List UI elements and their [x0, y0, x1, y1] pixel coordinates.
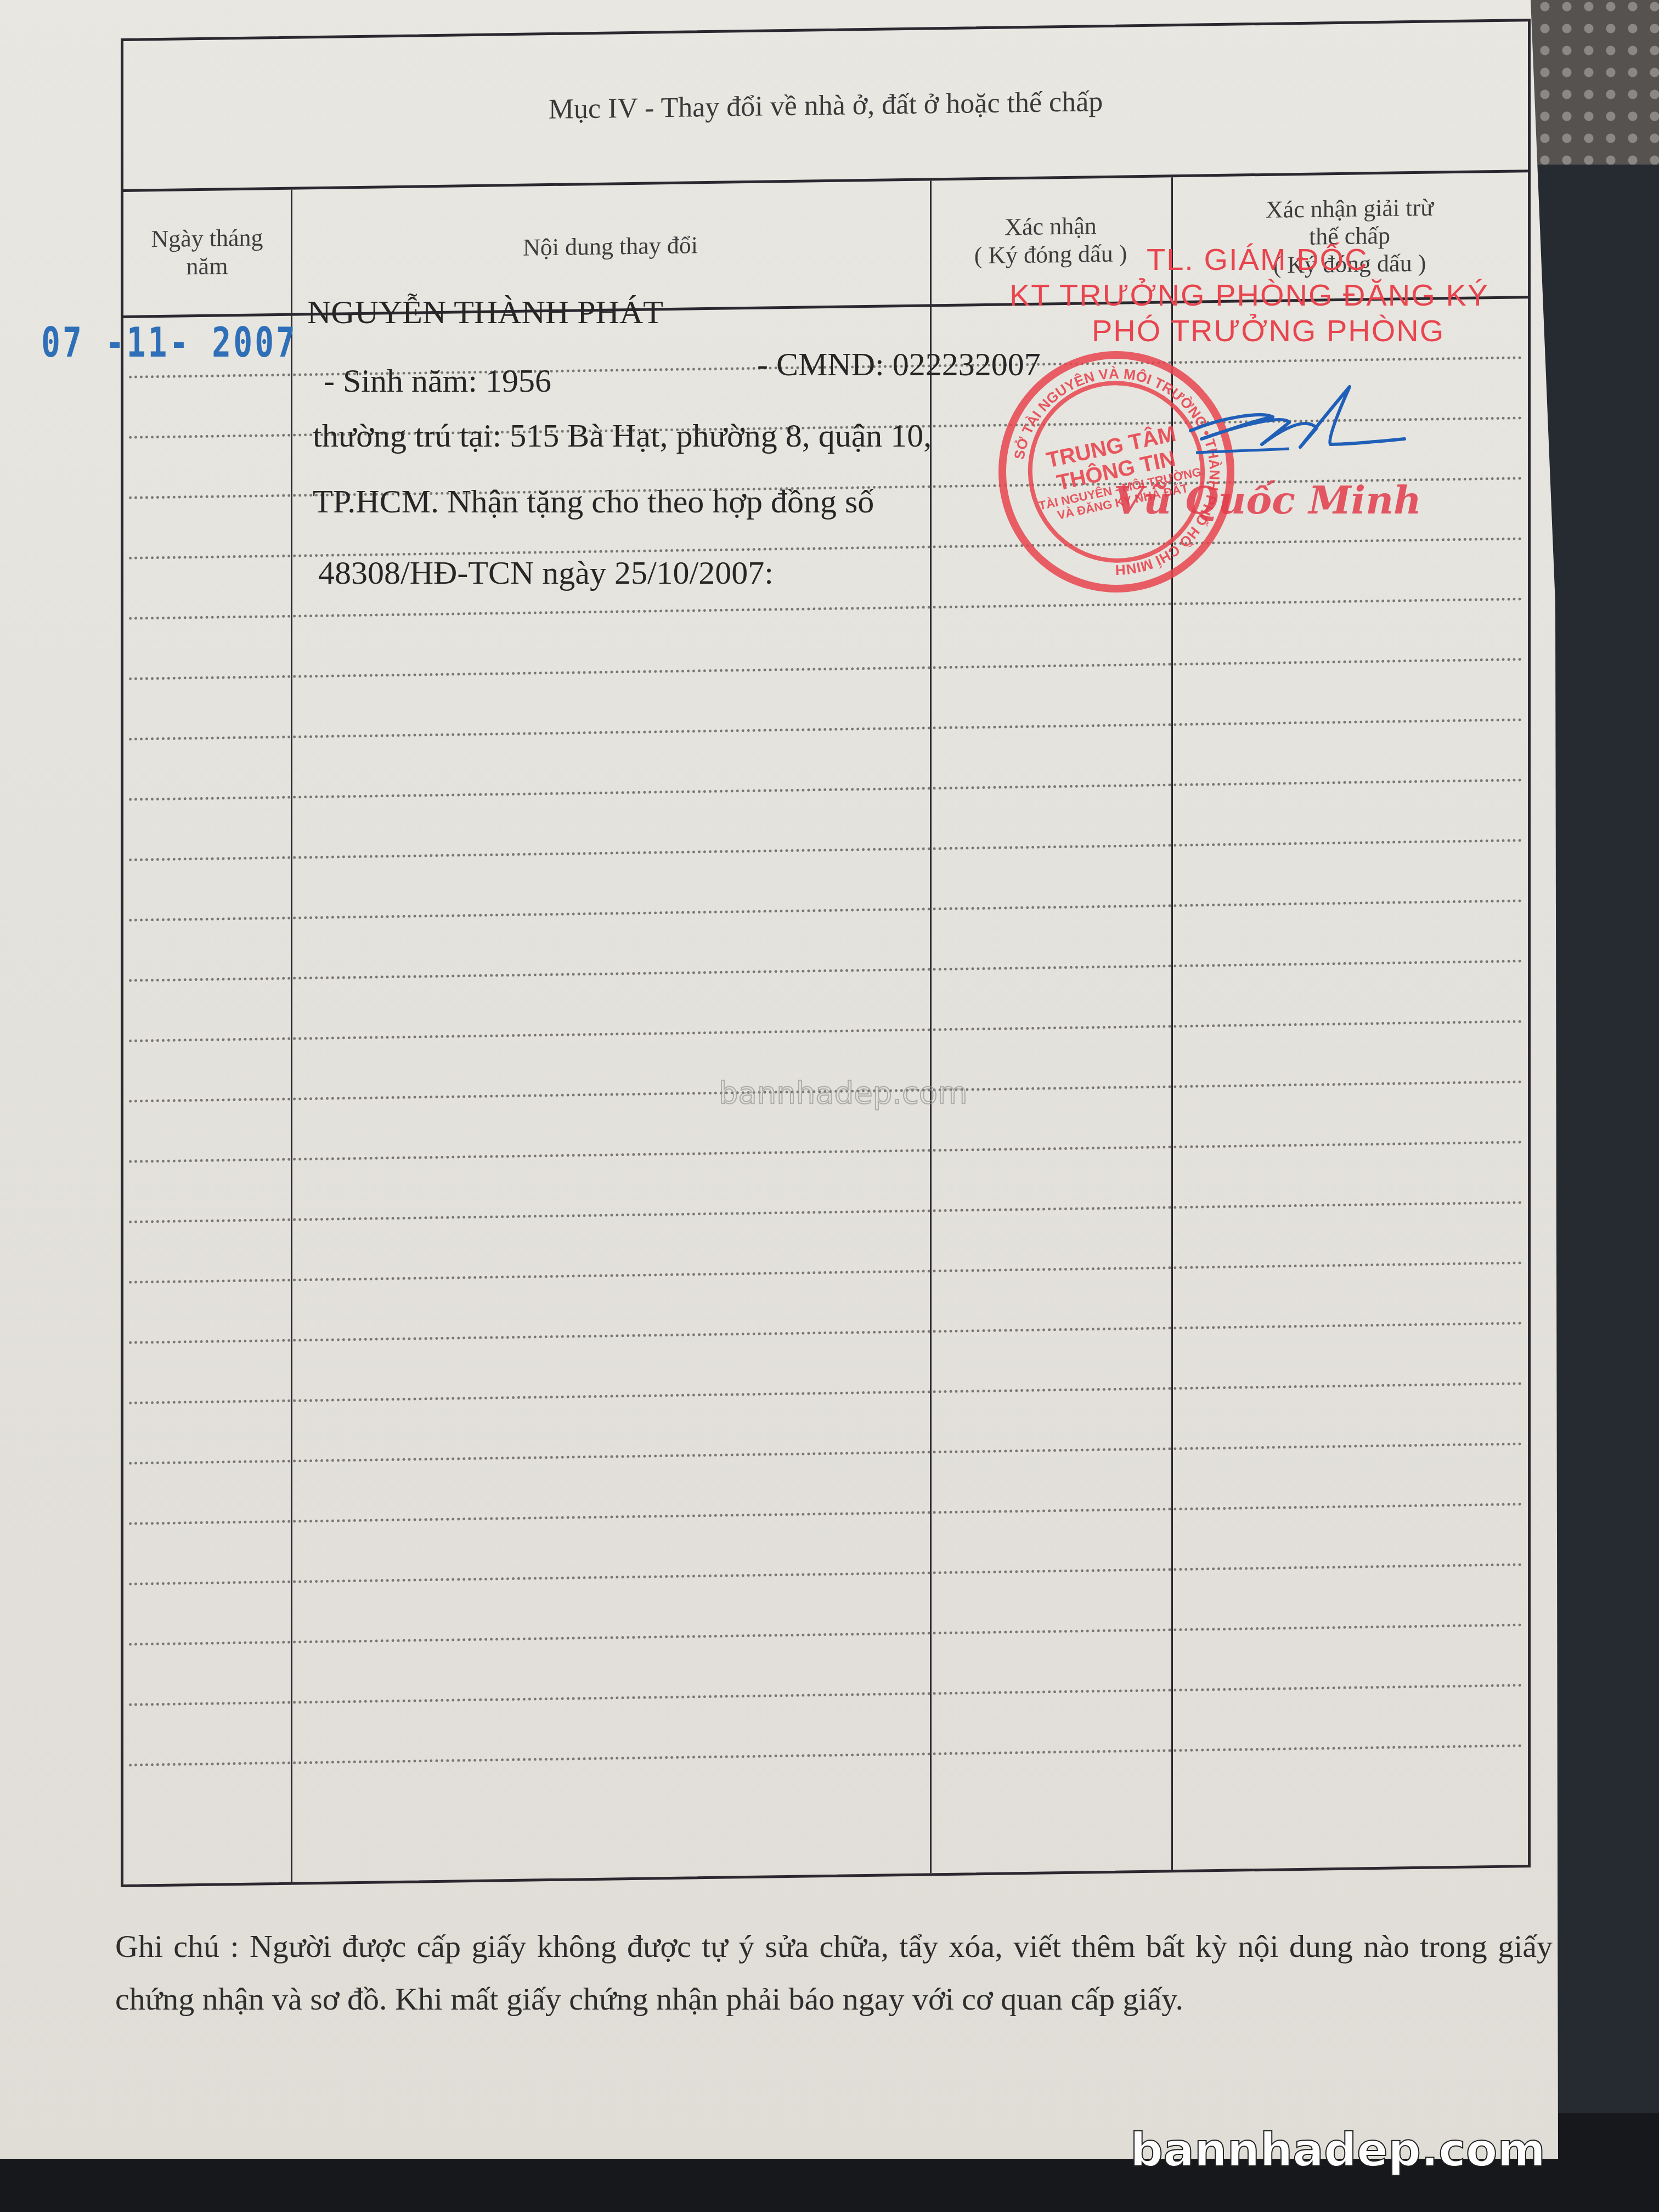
header-date-line2: năm [187, 252, 228, 281]
cert-title-3: PHÓ TRƯỞNG PHÒNG [1092, 313, 1444, 348]
section-title-row: Mục IV - Thay đổi về nhà ở, đất ở hoặc t… [123, 21, 1528, 192]
birth-year: - Sinh năm: 1956 [324, 362, 551, 400]
brand-watermark: bannhadep.com [1130, 2123, 1545, 2177]
dotted-rule [129, 1563, 1522, 1585]
dotted-rule [129, 1744, 1522, 1766]
address-line: thường trú tại: 515 Bà Hạt, phường 8, qu… [313, 417, 932, 455]
dotted-rule [129, 778, 1522, 800]
dotted-rule [129, 1503, 1522, 1525]
dotted-rule [129, 1684, 1522, 1706]
dotted-rule [129, 1020, 1522, 1042]
section-title: Mục IV - Thay đổi về nhà ở, đất ở hoặc t… [549, 86, 1103, 126]
owner-name: NGUYỄN THÀNH PHÁT [307, 294, 663, 331]
cert-title-1: TL. GIÁM ĐỐC [1147, 241, 1368, 277]
dotted-rule [129, 597, 1522, 619]
date-stamp: 07 -11- 2007 [41, 318, 297, 366]
dotted-rule [129, 1141, 1522, 1163]
header-release-line1: Xác nhận giải trừ [1266, 194, 1434, 224]
header-confirm-line1: Xác nhận [1005, 212, 1096, 241]
dotted-rule [129, 1382, 1522, 1404]
cert-title-2: KT TRƯỞNG PHÒNG ĐĂNG KÝ [1009, 277, 1489, 313]
signature-icon [1180, 384, 1410, 466]
dotted-rule [129, 718, 1522, 740]
dotted-rule [129, 1201, 1522, 1223]
header-confirm-line2: ( Ký đóng dấu ) [974, 240, 1127, 269]
dotted-rule [129, 960, 1522, 981]
column-divider [291, 190, 292, 1882]
dotted-rule [129, 658, 1522, 680]
dotted-rule [129, 899, 1522, 921]
dotted-rule [129, 1261, 1522, 1283]
id-number: - CMND: 022232007 [757, 346, 1041, 383]
center-watermark: bannhadep.com [719, 1075, 968, 1111]
dotted-rule [129, 1623, 1522, 1645]
contract-line: 48308/HĐ-TCN ngày 25/10/2007: [318, 554, 774, 592]
header-date: Ngày tháng năm [123, 190, 291, 315]
certificate-page: Mục IV - Thay đổi về nhà ở, đất ở hoặc t… [0, 0, 1558, 2159]
footer-note: Ghi chú : Người được cấp giấy không được… [115, 1920, 1553, 2025]
transfer-line: TP.HCM. Nhận tặng cho theo hợp đồng số [313, 483, 874, 521]
dotted-rule [129, 1442, 1522, 1464]
header-content-label: Nội dung thay đổi [523, 232, 698, 262]
signer-name: Vũ Quốc Minh [1114, 477, 1421, 523]
dotted-rule [129, 839, 1522, 861]
dotted-rule [129, 1322, 1522, 1344]
header-date-line1: Ngày tháng [151, 224, 263, 253]
